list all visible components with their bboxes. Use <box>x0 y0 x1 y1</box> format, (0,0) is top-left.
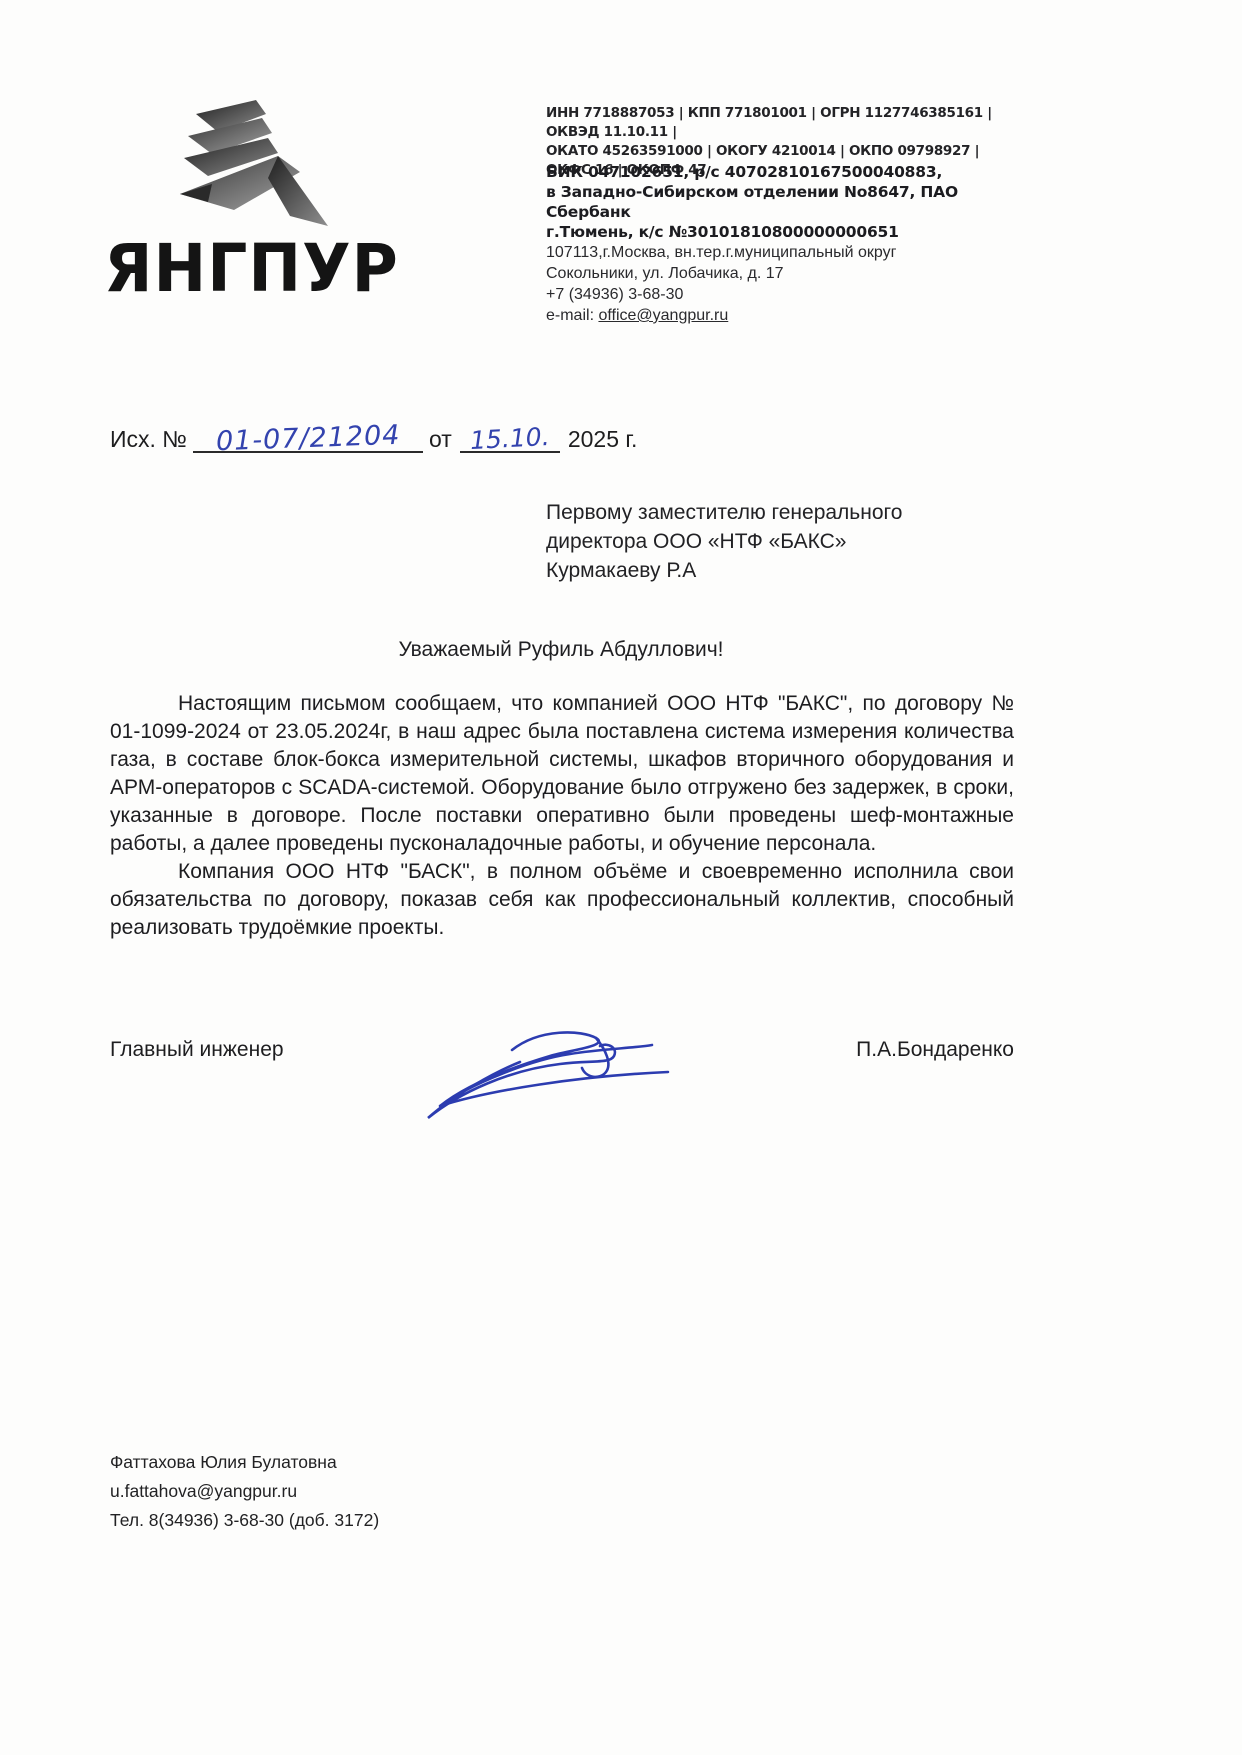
footer-contact-email: u.fattahova@yangpur.ru <box>110 1477 610 1506</box>
logo-bird-icon <box>178 98 353 243</box>
bank-line-2: в Западно-Сибирском отделении No8647, ПА… <box>546 182 1016 222</box>
email-line: e-mail: office@yangpur.ru <box>546 305 1016 326</box>
email-label: e-mail: <box>546 307 598 324</box>
phone-number: +7 (34936) 3-68-30 <box>546 284 1016 305</box>
requisites-line-1: ИНН 7718887053 | КПП 771801001 | ОГРН 11… <box>546 104 1016 142</box>
address-line-2: Сокольники, ул. Лобачика, д. 17 <box>546 263 1016 284</box>
recipient-line-1: Первому заместителю генерального <box>546 498 1026 527</box>
address-line-1: 107113,г.Москва, вн.тер.г.муниципальный … <box>546 242 1016 263</box>
outgoing-number-blank: 01-07/21204 <box>193 420 423 453</box>
body-paragraph-1: Настоящим письмом сообщаем, что компание… <box>110 690 1014 858</box>
recipient-line-3: Курмакаеву Р.А <box>546 556 1026 585</box>
footer-contact-name: Фаттахова Юлия Булатовна <box>110 1448 610 1477</box>
signer-position: Главный инженер <box>110 1038 284 1062</box>
letter-page: ЯНГПУР ИНН 7718887053 | КПП 771801001 | … <box>0 0 1242 1755</box>
recipient-line-2: директора ООО «НТФ «БАКС» <box>546 527 1026 556</box>
email-link[interactable]: office@yangpur.ru <box>598 307 728 324</box>
outgoing-label: Исх. № <box>110 426 187 453</box>
bank-line-3: г.Тюмень, к/с №30101810800000000651 <box>546 222 1016 242</box>
letter-body: Настоящим письмом сообщаем, что компание… <box>110 690 1014 942</box>
outgoing-ot-label: от <box>429 426 452 453</box>
outgoing-date-handwritten: 15.10. <box>469 422 550 455</box>
outgoing-number-line: Исх. № 01-07/21204 от 15.10. 2025 г. <box>110 420 810 453</box>
outgoing-number-handwritten: 01-07/21204 <box>215 420 400 457</box>
recipient-block: Первому заместителю генерального директо… <box>546 498 1026 585</box>
outgoing-year: 2025 г. <box>568 426 638 453</box>
signer-name: П.А.Бондаренко <box>856 1038 1014 1062</box>
company-name: ЯНГПУР <box>104 230 399 307</box>
bank-details-block: БИК 047102651, р/с 40702810167500040883,… <box>546 162 1016 242</box>
signature-scribble-icon <box>400 1020 700 1130</box>
footer-contact-block: Фаттахова Юлия Булатовна u.fattahova@yan… <box>110 1448 610 1535</box>
body-paragraph-2: Компания ООО НТФ "БАСК", в полном объёме… <box>110 858 1014 942</box>
address-block: 107113,г.Москва, вн.тер.г.муниципальный … <box>546 242 1016 326</box>
outgoing-date-blank: 15.10. <box>460 422 560 453</box>
footer-contact-phone: Тел. 8(34936) 3-68-30 (доб. 3172) <box>110 1506 610 1535</box>
bank-line-1: БИК 047102651, р/с 40702810167500040883, <box>546 162 1016 182</box>
salutation: Уважаемый Руфиль Абдуллович! <box>110 638 1012 662</box>
footer-email-link[interactable]: u.fattahova@yangpur.ru <box>110 1481 297 1501</box>
